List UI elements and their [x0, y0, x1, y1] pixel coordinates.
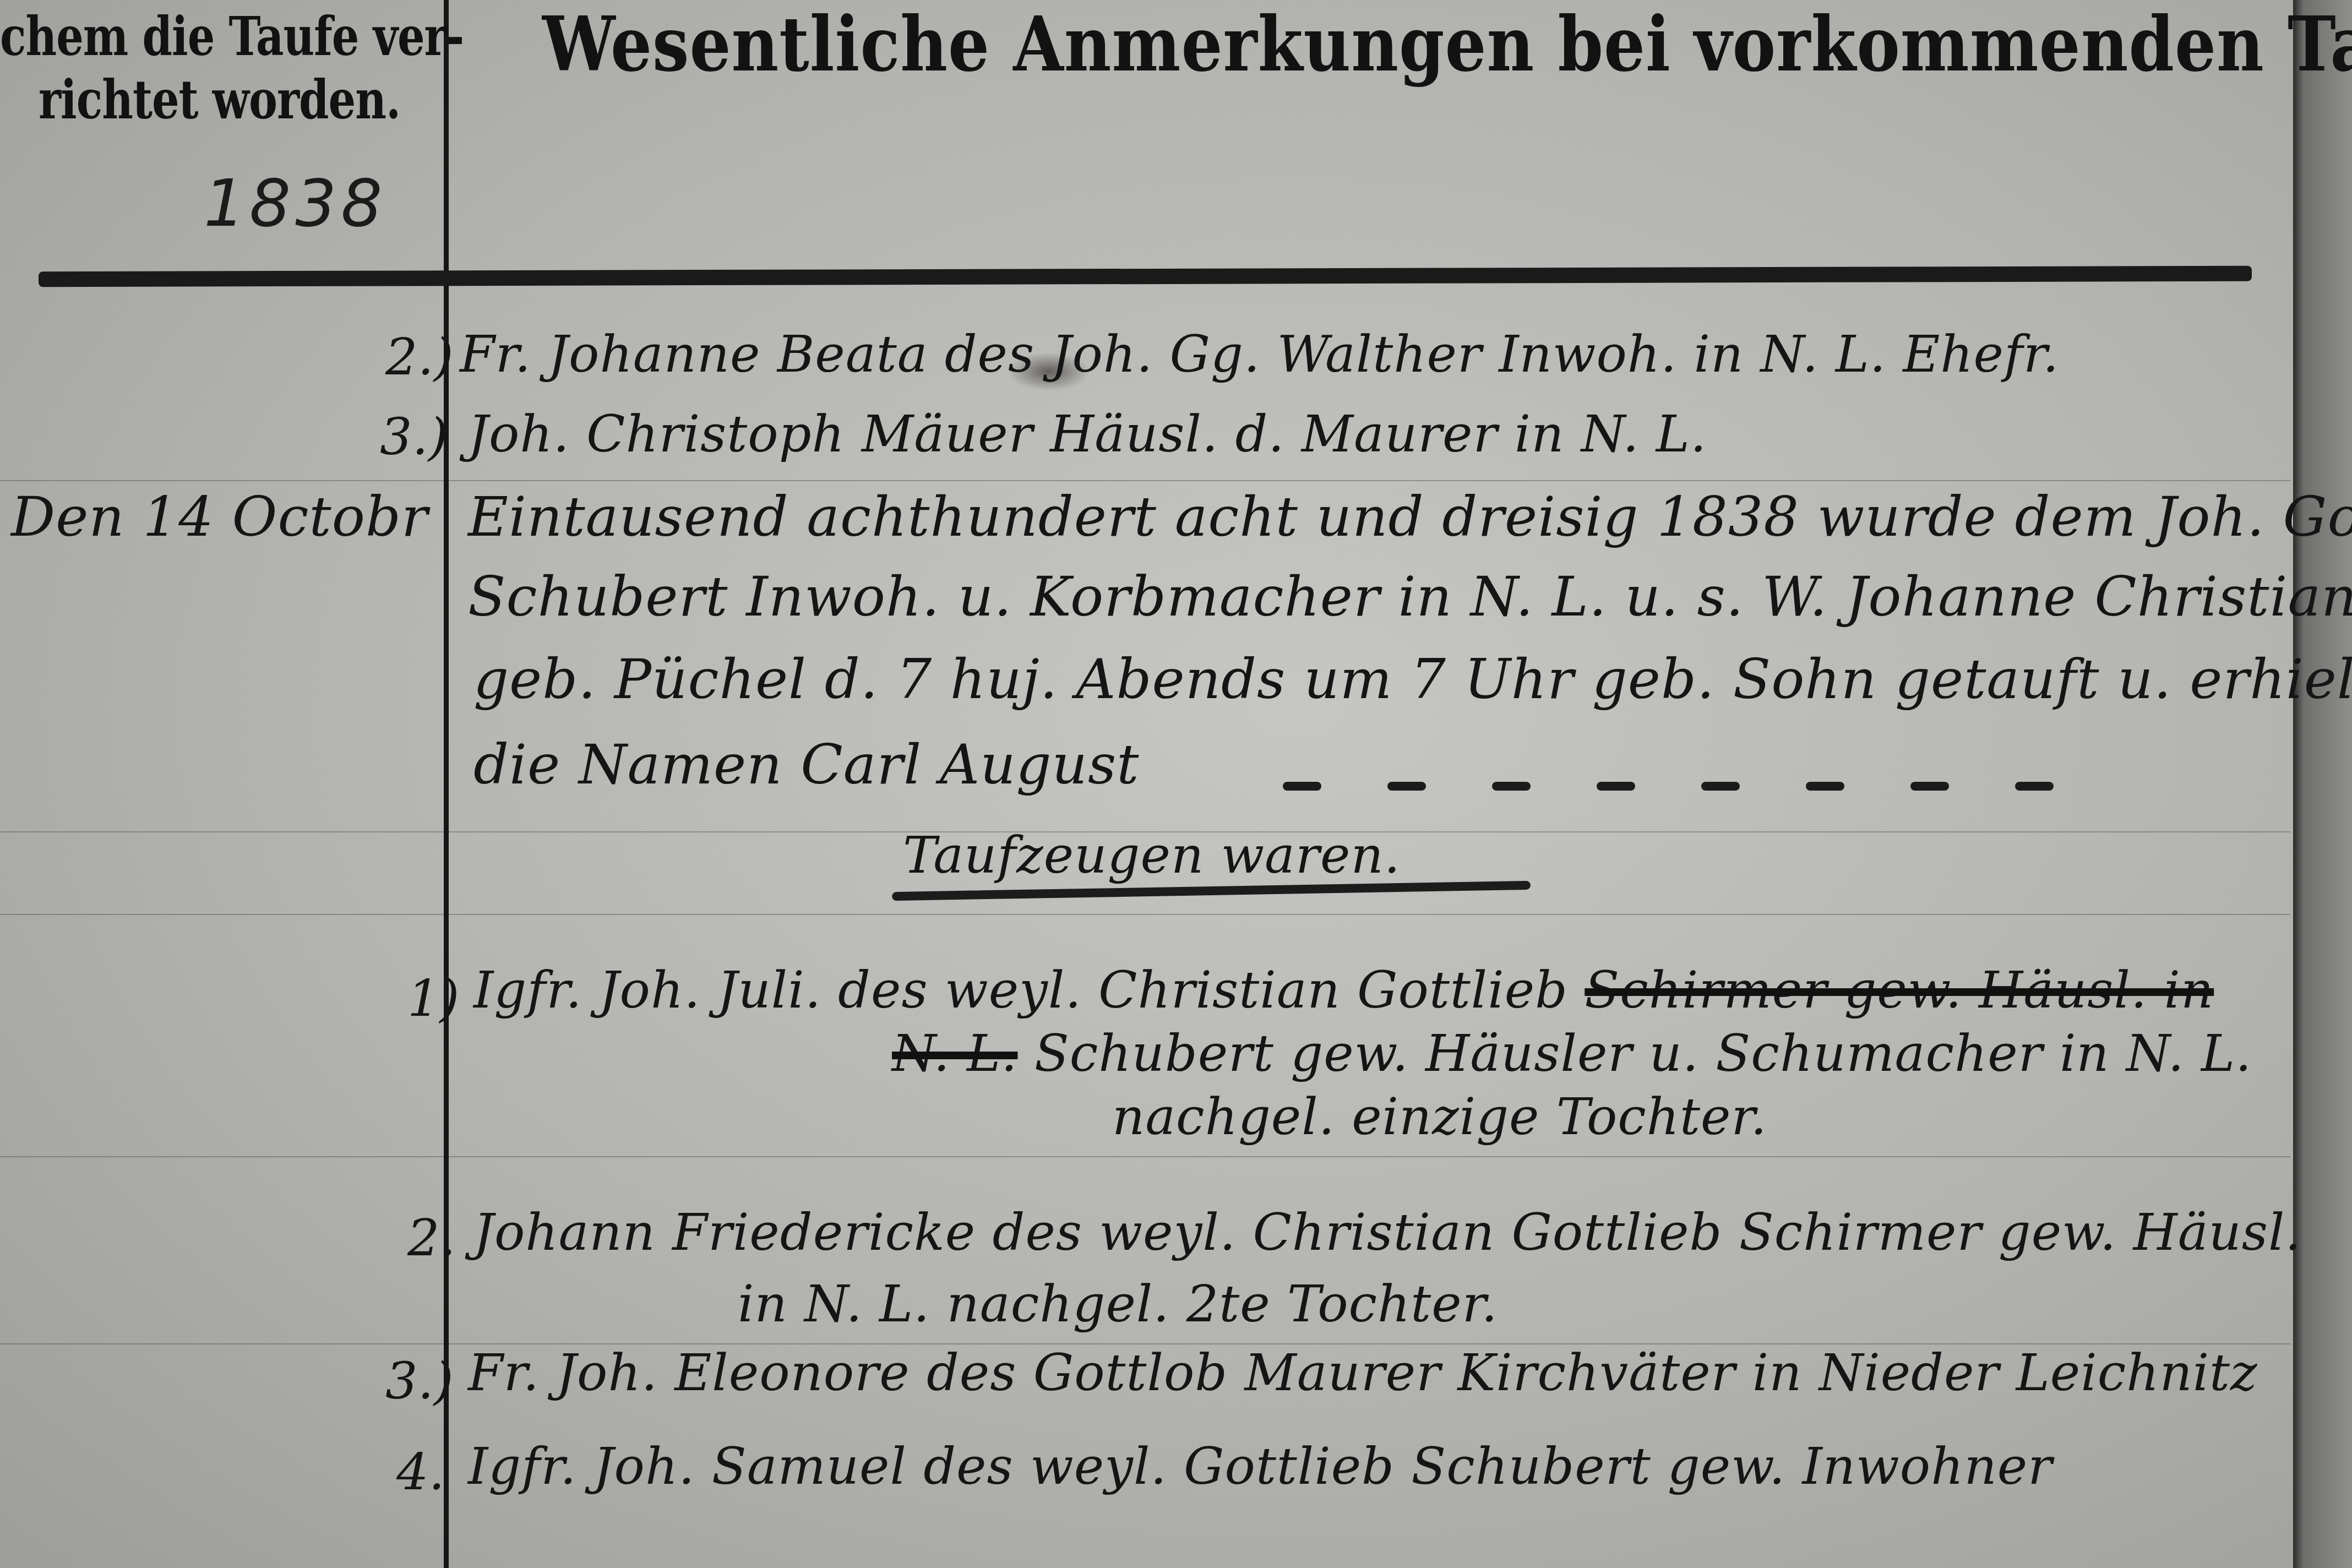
ruled-line — [0, 914, 2290, 915]
entry-line: die Namen Carl August — [473, 732, 1140, 797]
main-column-header: Wesentliche Anmerkungen bei vorkommenden… — [542, 0, 2352, 88]
struck-text: N. L. — [892, 1024, 1017, 1083]
godparent-number: 2.) — [385, 328, 454, 386]
entry-line: geb. Püchel d. 7 huj. Abends um 7 Uhr ge… — [473, 647, 2352, 711]
fill-dashes — [1283, 782, 2054, 791]
header-rule — [39, 266, 2252, 287]
page-edge-shadow — [2293, 0, 2352, 1568]
godparent-line: in N. L. nachgel. 2te Tochter. — [738, 1275, 1498, 1333]
godparent-number: 4. — [396, 1442, 445, 1501]
godparent-text: Igfr. Joh. Juli. des weyl. Christian Got… — [473, 961, 1568, 1020]
godparent-line: Igfr. Joh. Samuel des weyl. Gottlieb Sch… — [468, 1437, 2052, 1496]
godparent-line: nachgel. einzige Tochter. — [1112, 1087, 1767, 1146]
godparent-text: Fr. Johanne Beata des Joh. Gg. Walther I… — [460, 325, 2059, 384]
column-divider — [444, 0, 449, 1568]
entry-line: Eintausend achthundert acht und dreisig … — [468, 484, 2352, 549]
register-page: chem die Taufe ver- richtet worden. 1838… — [0, 0, 2352, 1568]
godparents-heading: Taufzeugen waren. — [903, 826, 1401, 885]
godparent-text: Schubert gew. Häusler u. Schumacher in N… — [1035, 1024, 2252, 1083]
godparent-text: Joh. Christoph Mäuer Häusl. d. Maurer in… — [468, 405, 1707, 464]
register-year: 1838 — [204, 165, 386, 241]
godparent-line: N. L. Schubert gew. Häusler u. Schumache… — [892, 1024, 2252, 1083]
godparent-number: 1) — [407, 969, 459, 1028]
ruled-line — [0, 480, 2290, 481]
godparent-line: Fr. Joh. Eleonore des Gottlob Maurer Kir… — [468, 1343, 2258, 1402]
godparent-number: 3.) — [385, 1352, 454, 1411]
godparent-line: Igfr. Joh. Juli. des weyl. Christian Got… — [473, 961, 2214, 1020]
godparent-number: 2. — [407, 1208, 456, 1267]
ruled-line — [0, 1156, 2290, 1157]
left-column-header-line1: chem die Taufe ver- — [0, 6, 464, 68]
left-column-header-line2: richtet worden. — [39, 69, 400, 132]
godparent-line: Johann Friedericke des weyl. Christian G… — [473, 1203, 2302, 1262]
struck-text: Schirmer gew. Häusl. in — [1585, 961, 2214, 1020]
godparent-number: 3.) — [380, 407, 448, 466]
entry-date: Den 14 Octobr — [11, 484, 428, 549]
entry-line: Schubert Inwoh. u. Korbmacher in N. L. u… — [468, 564, 2352, 629]
